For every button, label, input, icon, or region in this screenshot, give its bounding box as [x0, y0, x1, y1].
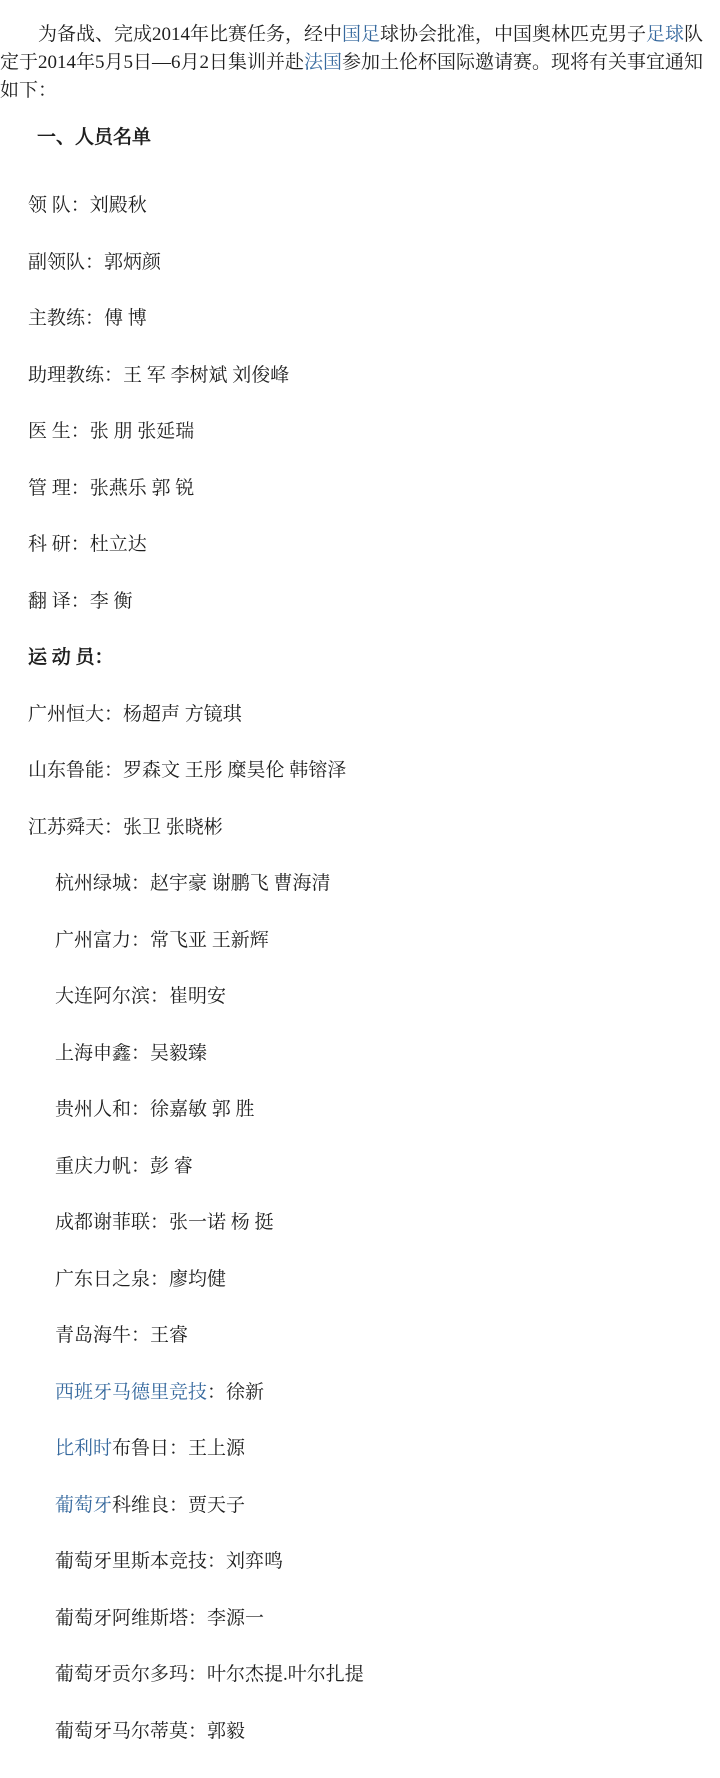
roster-line: 西班牙马德里竞技：徐新 [55, 1383, 720, 1403]
roster-line: 葡萄牙马尔蒂莫：郭毅 [55, 1722, 720, 1742]
text-segment: 为备战、完成2014年比赛任务，经中 [38, 24, 342, 45]
inline-link[interactable]: 西班牙马德里竞技 [55, 1382, 207, 1403]
roster-line: 广州富力：常飞亚 王新辉 [55, 931, 720, 951]
text-segment: 葡萄牙阿维斯塔：李源一 [55, 1608, 264, 1629]
text-segment: 杭州绿城：赵宇豪 谢鹏飞 曹海清 [55, 873, 331, 894]
roster-line: 广东日之泉：廖均健 [55, 1270, 720, 1290]
roster-line: 江苏舜天：张卫 张晓彬 [28, 818, 720, 838]
text-segment: 山东鲁能：罗森文 王彤 糜昊伦 韩镕泽 [28, 760, 346, 781]
text-segment: 广州富力：常飞亚 王新辉 [55, 930, 269, 951]
roster-line: 葡萄牙里斯本竞技：刘弈鸣 [55, 1552, 720, 1572]
text-segment: 一、人员名单 [37, 127, 151, 148]
text-segment: 大连阿尔滨：崔明安 [55, 986, 226, 1007]
roster-line: 葡萄牙贡尔多玛：叶尔杰提.叶尔扎提 [55, 1665, 720, 1685]
roster-line: 管 理：张燕乐 郭 锐 [28, 479, 720, 499]
text-segment: 运 动 员： [28, 647, 114, 668]
roster-line: 助理教练：王 军 李树斌 刘俊峰 [28, 366, 720, 386]
text-segment: 葡萄牙贡尔多玛：叶尔杰提.叶尔扎提 [55, 1664, 364, 1685]
section-heading: 一、人员名单 [37, 128, 720, 148]
roster-line: 主教练：傅 博 [28, 309, 720, 329]
roster-line: 山东鲁能：罗森文 王彤 糜昊伦 韩镕泽 [28, 761, 720, 781]
roster-line: 领 队：刘殿秋 [28, 196, 720, 216]
roster-line: 科 研：杜立达 [28, 535, 720, 555]
roster-line: 上海申鑫：吴毅臻 [55, 1044, 720, 1064]
inline-link[interactable]: 国足 [342, 24, 380, 45]
roster-line: 重庆力帆：彭 睿 [55, 1157, 720, 1177]
text-segment: 副领队：郭炳颜 [28, 252, 161, 273]
roster-line: 贵州人和：徐嘉敏 郭 胜 [55, 1100, 720, 1120]
text-segment: 葡萄牙马尔蒂莫：郭毅 [55, 1721, 245, 1742]
text-segment: 科维良：贾天子 [112, 1495, 245, 1516]
intro-paragraph: 为备战、完成2014年比赛任务，经中国足球协会批准，中国奥林匹克男子足球队定于2… [0, 0, 720, 105]
roster-line: 翻 译：李 衡 [28, 592, 720, 612]
roster-line: 大连阿尔滨：崔明安 [55, 987, 720, 1007]
document-page: 为备战、完成2014年比赛任务，经中国足球协会批准，中国奥林匹克男子足球队定于2… [0, 0, 720, 1778]
roster-line: 医 生：张 朋 张延瑞 [28, 422, 720, 442]
text-segment: 管 理：张燕乐 郭 锐 [28, 478, 194, 499]
text-segment: 青岛海牛：王睿 [55, 1325, 188, 1346]
text-segment: 助理教练：王 军 李树斌 刘俊峰 [28, 365, 289, 386]
inline-link[interactable]: 葡萄牙 [55, 1495, 112, 1516]
text-segment: 上海申鑫：吴毅臻 [55, 1043, 207, 1064]
inline-link[interactable]: 法国 [304, 52, 342, 73]
roster-line: 比利时布鲁日：王上源 [55, 1439, 720, 1459]
text-segment: 广州恒大：杨超声 方镜琪 [28, 704, 242, 725]
roster-line: 葡萄牙阿维斯塔：李源一 [55, 1609, 720, 1629]
inline-link[interactable]: 足球 [646, 24, 684, 45]
roster-line: 杭州绿城：赵宇豪 谢鹏飞 曹海清 [55, 874, 720, 894]
text-segment: 翻 译：李 衡 [28, 591, 133, 612]
text-segment: 贵州人和：徐嘉敏 郭 胜 [55, 1099, 255, 1120]
roster-line: 青岛海牛：王睿 [55, 1326, 720, 1346]
text-segment: 医 生：张 朋 张延瑞 [28, 421, 194, 442]
roster-line: 广州恒大：杨超声 方镜琪 [28, 705, 720, 725]
text-segment: 葡萄牙里斯本竞技：刘弈鸣 [55, 1551, 283, 1572]
roster-line: 成都谢菲联：张一诺 杨 挺 [55, 1213, 720, 1233]
text-segment: 科 研：杜立达 [28, 534, 147, 555]
text-segment: 广东日之泉：廖均健 [55, 1269, 226, 1290]
roster-line: 副领队：郭炳颜 [28, 253, 720, 273]
text-segment: 江苏舜天：张卫 张晓彬 [28, 817, 223, 838]
roster-subheading-line: 运 动 员： [28, 648, 720, 668]
inline-link[interactable]: 比利时 [55, 1438, 112, 1459]
text-segment: 球协会批准，中国奥林匹克男子 [380, 24, 646, 45]
text-segment: ：徐新 [207, 1382, 264, 1403]
document-body: 为备战、完成2014年比赛任务，经中国足球协会批准，中国奥林匹克男子足球队定于2… [0, 0, 720, 1778]
text-segment: 布鲁日：王上源 [112, 1438, 245, 1459]
text-segment: 领 队：刘殿秋 [28, 195, 147, 216]
text-segment: 重庆力帆：彭 睿 [55, 1156, 193, 1177]
text-segment: 主教练：傅 博 [28, 308, 147, 329]
roster-line: 葡萄牙科维良：贾天子 [55, 1496, 720, 1516]
text-segment: 成都谢菲联：张一诺 杨 挺 [55, 1212, 274, 1233]
